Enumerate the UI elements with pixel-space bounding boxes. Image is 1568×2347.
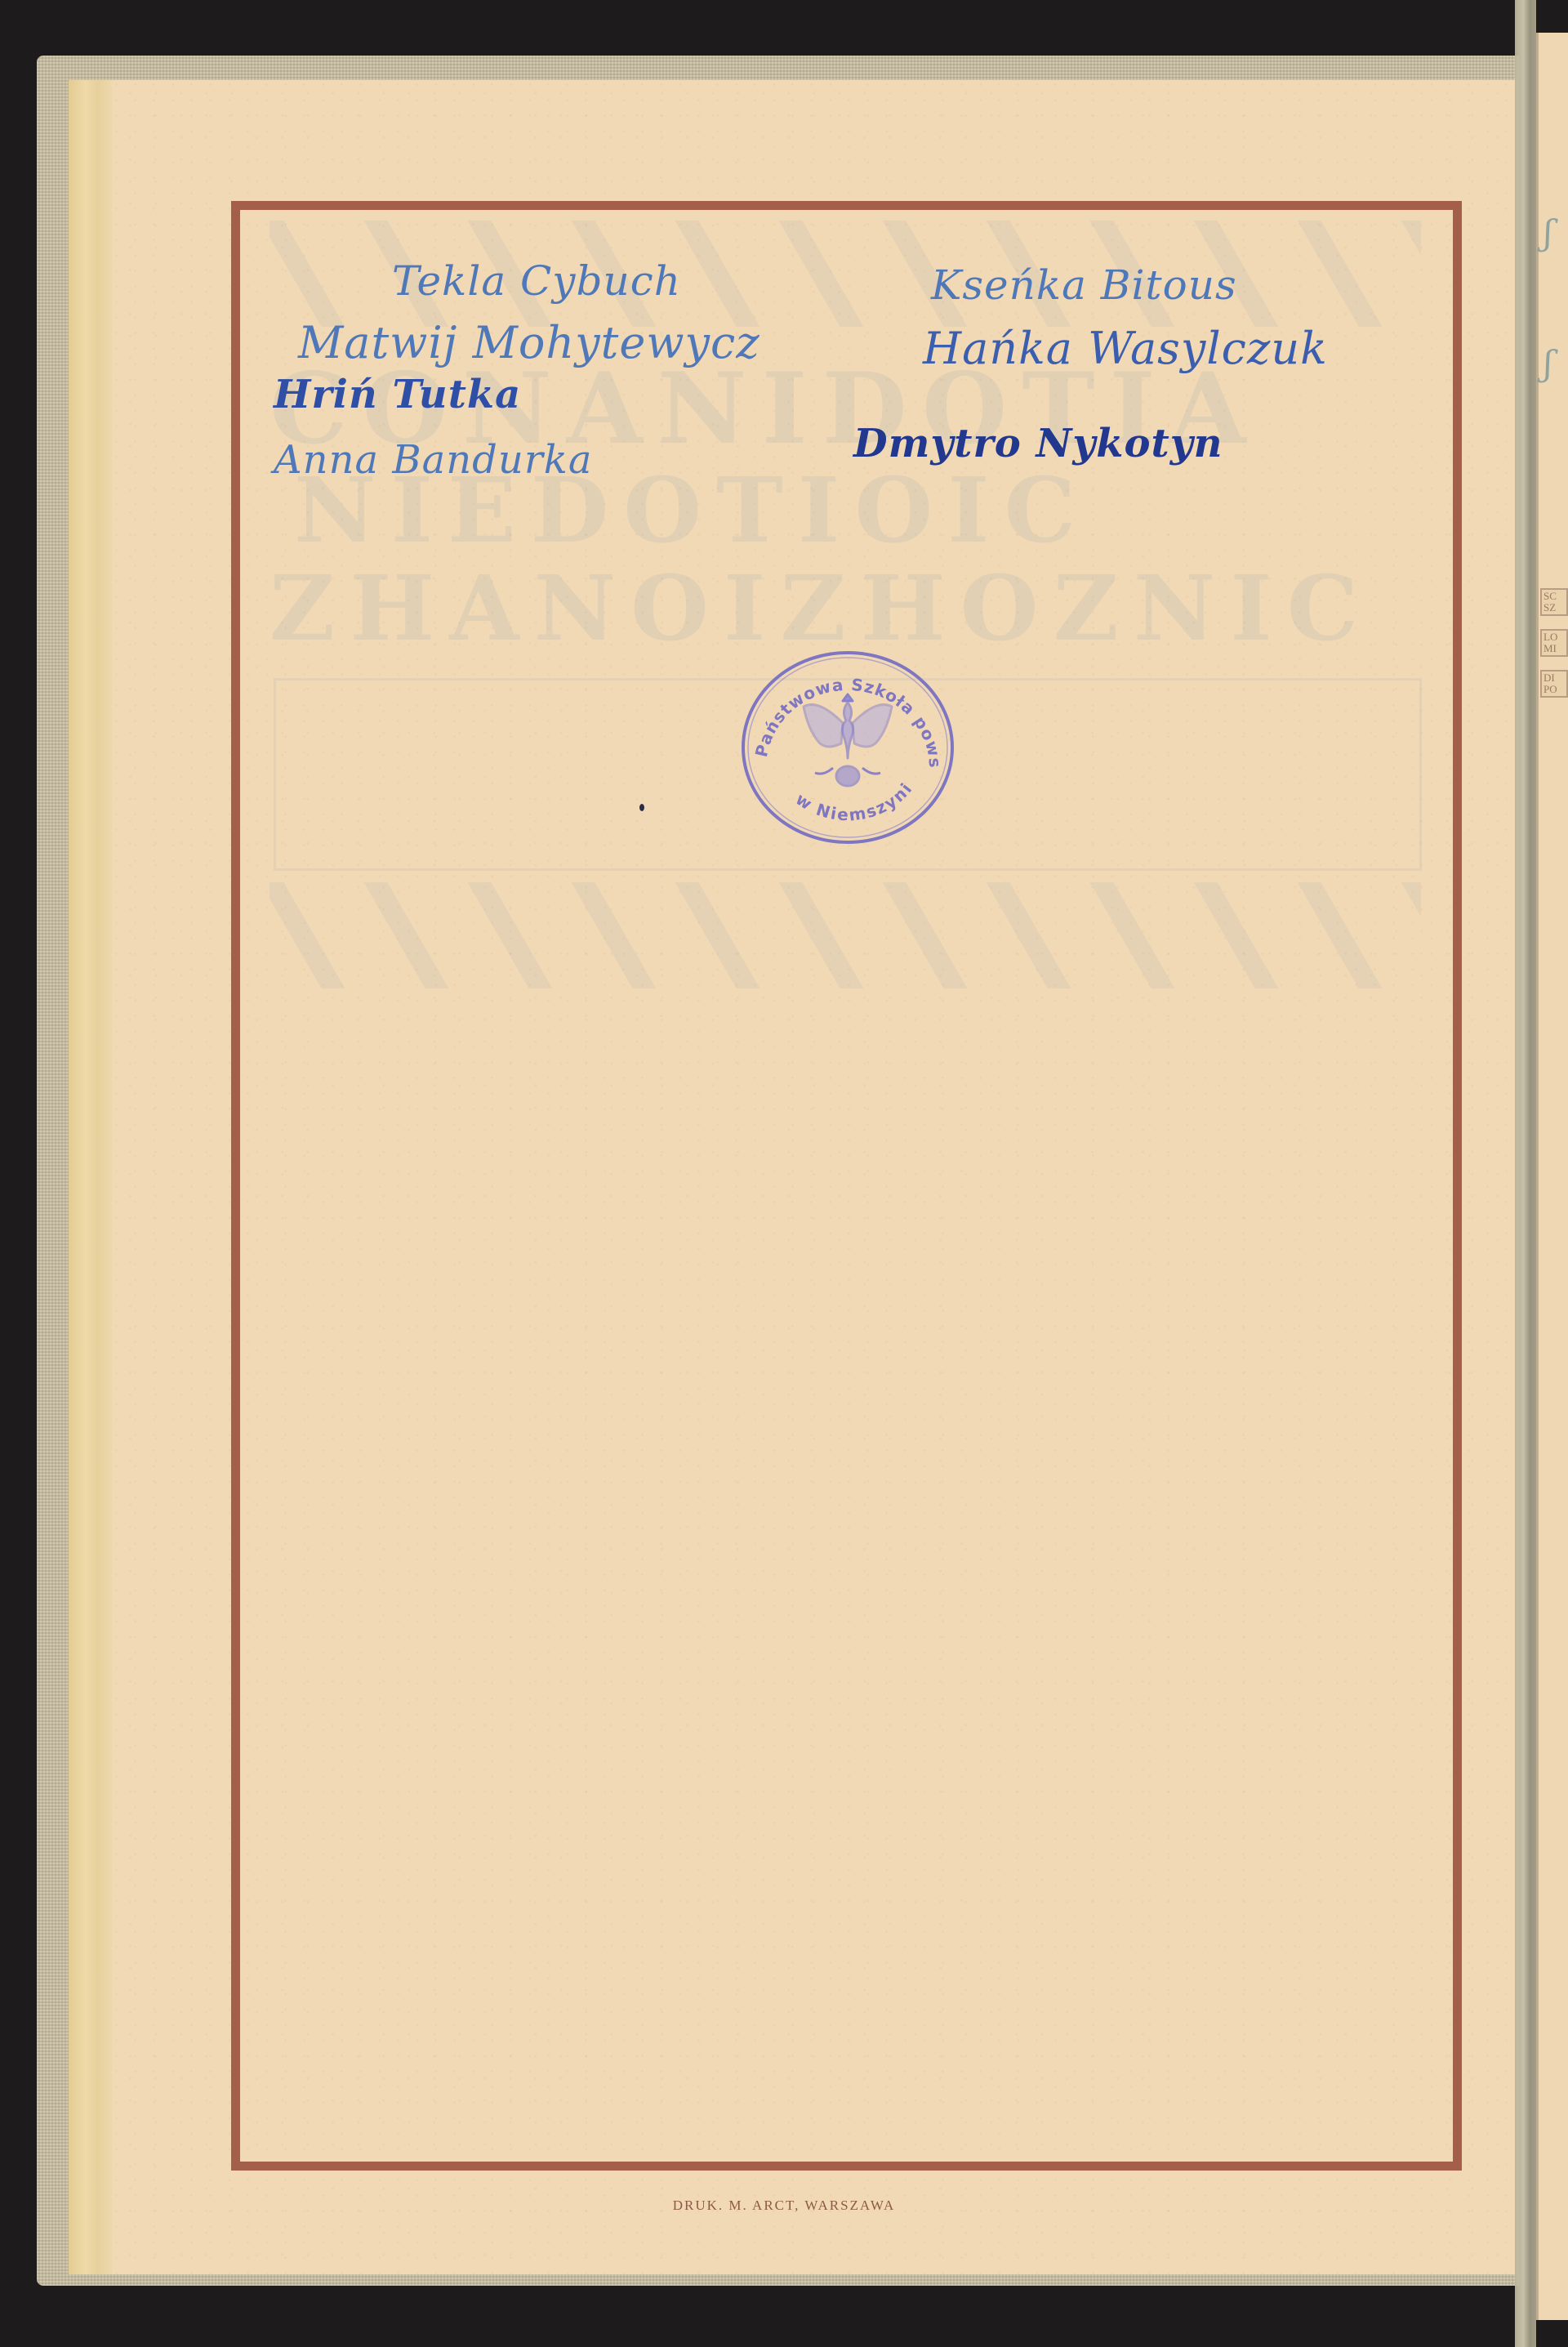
adjacent-page-ornament: ʃ xyxy=(1543,343,1552,383)
school-stamp: Państwowa Szkoła powszechna 2-kl. w Niem… xyxy=(733,645,962,850)
adjacent-page-label: DI PO xyxy=(1540,670,1568,698)
stamp-seal: Państwowa Szkoła powszechna 2-kl. w Niem… xyxy=(733,645,962,850)
signature-matwij-mohytewycz: Matwij Mohytewycz xyxy=(298,317,760,368)
signature-ksenka-bitous: Kseńka Bitous xyxy=(931,261,1237,309)
printed-border-frame xyxy=(231,201,1462,2171)
svg-text:Państwowa Szkoła powszechna 2-: Państwowa Szkoła powszechna 2-kl. xyxy=(733,645,945,769)
printer-imprint: DRUK. M. ARCT, WARSZAWA xyxy=(0,2198,1568,2214)
signature-tekla-cybuch: Tekla Cybuch xyxy=(392,257,681,305)
signature-hanka-wasylczuk: Hańka Wasylczuk xyxy=(923,323,1328,374)
ink-dot xyxy=(639,804,644,811)
signature-anna-bandurka: Anna Bandurka xyxy=(274,437,592,483)
signature-dmytro-nykotyn: Dmytro Nykotyn xyxy=(853,421,1223,466)
adjacent-page-ornament: ʃ xyxy=(1543,212,1552,252)
signature-hrin-tutka: Hriń Tutka xyxy=(274,372,521,417)
eagle-icon xyxy=(804,694,892,786)
glass-plate-edge xyxy=(1515,0,1536,2347)
page-stack-edges xyxy=(69,80,118,2274)
adjacent-page-label: LO MI xyxy=(1540,629,1568,657)
adjacent-page-label: SC SZ xyxy=(1540,588,1568,616)
